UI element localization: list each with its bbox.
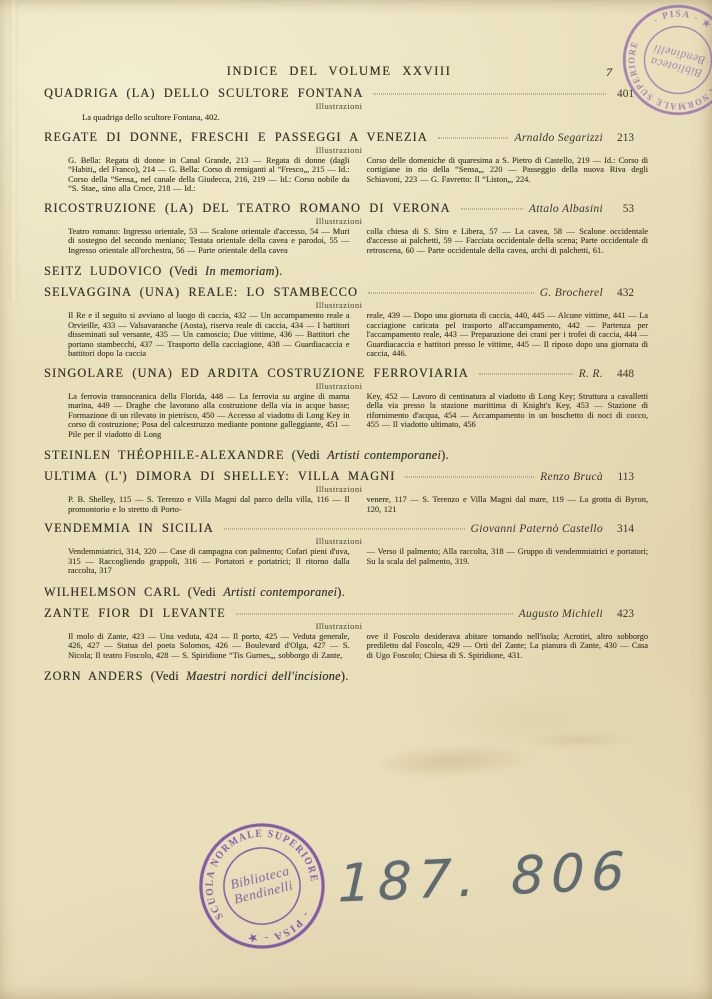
entry-title-row: ULTIMA (L') DIMORA DI SHELLEY: VILLA MAG…: [44, 469, 634, 484]
right-column: Key, 452 — Lavoro di centinatura al viad…: [367, 392, 649, 440]
entry-illustration-list: Vendemmiatrici, 314, 320 — Case di campa…: [68, 547, 648, 576]
entry-page-number: 113: [612, 470, 634, 484]
handwritten-shelfmark: 187. 806: [337, 842, 632, 915]
svg-text:- PISA - ★: - PISA - ★: [651, 6, 712, 32]
dotted-leader: [368, 293, 534, 294]
right-column: reale, 439 — Dopo una giornata di caccia…: [367, 311, 649, 359]
see-reference: Artisti contemporanei: [327, 448, 441, 462]
see-label: (Vedi: [188, 585, 216, 599]
dotted-leader: [479, 373, 573, 374]
entry-illustration-list: Il Re e il seguito si avviano al luogo d…: [68, 311, 648, 359]
entry-illustration-list: P. B. Shelley, 115 — S. Terenzo e Villa …: [68, 495, 648, 514]
entry-author: G. Brocherel: [540, 286, 603, 300]
dotted-leader: [236, 613, 513, 614]
entry-title: SEITZ LUDOVICO: [44, 264, 162, 278]
right-column: colla chiesa di S. Siro e Libera, 57 — L…: [367, 227, 649, 256]
see-reference: Artisti contemporanei: [223, 585, 337, 599]
svg-text:SCUOLA NORMALE SUPERIORE: SCUOLA NORMALE SUPERIORE: [187, 811, 323, 923]
left-column: Vendemmiatrici, 314, 320 — Case di campa…: [68, 547, 350, 576]
entry-author: Renzo Brucà: [540, 470, 603, 484]
left-column: La ferrovia transoceanica della Florida,…: [68, 392, 350, 440]
entry-title: ZORN ANDERS: [44, 669, 143, 683]
entry-title: QUADRIGA (LA) DELLO SCULTORE FONTANA: [44, 86, 363, 100]
right-column: — Verso il palmento; Alla raccolta, 318 …: [367, 547, 649, 576]
left-column: P. B. Shelley, 115 — S. Terenzo e Villa …: [68, 495, 350, 514]
entry-author: Arnaldo Segarizzi: [514, 131, 603, 145]
right-column: Corso delle domeniche di quaresima a S. …: [367, 156, 649, 194]
cross-reference-entry: WILHELMSON CARL (Vedi Artisti contempora…: [44, 585, 648, 599]
stamp-arc-top-text: SCUOLA NORMALE SUPERIORE: [622, 39, 712, 116]
entry-author: R. R.: [579, 367, 603, 381]
entry-title: REGATE DI DONNE, FRESCHI E PASSEGGI A VE…: [44, 130, 428, 144]
entry-title: STEINLEN THÉOPHILE-ALEXANDRE: [44, 448, 284, 462]
entry-page-number: 213: [612, 131, 634, 145]
stamp-center-line1: Biblioteca: [649, 54, 704, 79]
see-label: (Vedi: [169, 264, 197, 278]
paper-stain: [377, 740, 539, 782]
entry-page-number: 423: [612, 607, 634, 621]
page-title: INDICE DEL VOLUME XXVIII: [227, 64, 452, 78]
entry-illustration-list: Teatro romano: Ingresso orientale, 53 — …: [68, 227, 648, 256]
entry-title: SELVAGGINA (UNA) REALE: LO STAMBECCO: [44, 285, 358, 299]
see-close: ).: [275, 264, 283, 278]
svg-text:SCUOLA NORMALE SUPERIORE: SCUOLA NORMALE SUPERIORE: [622, 39, 712, 116]
dotted-leader: [224, 529, 465, 530]
entry-title-row: VENDEMMIA IN SICILIA Giovanni Paternò Ca…: [44, 521, 634, 536]
illustrations-label: Illustrazioni: [44, 301, 634, 310]
entry-author: Giovanni Paternò Castello: [471, 522, 603, 536]
cross-reference-entry: ZORN ANDERS (Vedi Maestri nordici dell'i…: [44, 669, 648, 683]
stamp-arc-top-text: SCUOLA NORMALE SUPERIORE: [187, 811, 323, 923]
see-label: (Vedi: [292, 448, 320, 462]
entry-title: WILHELMSON CARL: [44, 585, 181, 599]
illustrations-label: Illustrazioni: [44, 146, 634, 155]
illustrations-label: Illustrazioni: [44, 537, 634, 546]
dotted-leader: [438, 137, 509, 138]
page-number: 7: [606, 65, 612, 80]
entry-title-row: SINGOLARE (UNA) ED ARDITA COSTRUZIONE FE…: [44, 366, 634, 381]
entry-title-row: ZANTE FIOR DI LEVANTE Augusto Michieli 4…: [44, 606, 634, 621]
right-column: venere, 117 — S. Terenzo e Villa Magni d…: [367, 495, 649, 514]
stamp-inner-ring: [213, 837, 311, 935]
entry-page-number: 314: [612, 522, 634, 536]
entry-illustration-list: La ferrovia transoceanica della Florida,…: [68, 392, 648, 440]
see-reference: Maestri nordici dell'incisione: [186, 669, 341, 683]
entry-title-row: SELVAGGINA (UNA) REALE: LO STAMBECCO G. …: [44, 285, 634, 300]
stamp-outer-ring: [183, 807, 341, 965]
illustrations-label: Illustrazioni: [44, 217, 634, 226]
entry-title-row: RICOSTRUZIONE (LA) DEL TEATRO ROMANO DI …: [44, 201, 634, 216]
library-stamp: SCUOLA NORMALE SUPERIORE - PISA - ★ Bibl…: [165, 789, 359, 983]
see-reference: In memoriam: [205, 264, 275, 278]
dotted-leader: [461, 208, 523, 209]
entry-title: VENDEMMIA IN SICILIA: [44, 521, 214, 535]
see-close: ).: [337, 585, 345, 599]
entry-illustration-list: G. Bella: Regata di donne in Canal Grand…: [68, 156, 648, 194]
entry-page-number: 432: [612, 286, 634, 300]
stamp-center-line2: Bendinelli: [232, 877, 294, 906]
svg-text:- PISA - ★: - PISA - ★: [242, 907, 317, 953]
stamp-arc-bottom-text: - PISA - ★: [651, 6, 712, 32]
see-close: ).: [441, 448, 449, 462]
see-close: ).: [341, 669, 349, 683]
entry-illustration-list: La quadriga dello scultore Fontana, 402.: [82, 113, 648, 123]
entry-title: SINGOLARE (UNA) ED ARDITA COSTRUZIONE FE…: [44, 366, 469, 380]
entry-page-number: 53: [612, 202, 634, 216]
left-column: Il molo di Zante, 423 — Una veduta, 424 …: [68, 632, 350, 661]
stamp-inner-ring: [641, 23, 712, 98]
left-column: Il Re e il seguito si avviano al luogo d…: [68, 311, 350, 359]
cross-reference-entry: SEITZ LUDOVICO (Vedi In memoriam).: [44, 264, 648, 278]
entry-author: Attalo Albasini: [529, 202, 603, 216]
entry-title-row: REGATE DI DONNE, FRESCHI E PASSEGGI A VE…: [44, 130, 634, 145]
paper-crease: [10, 0, 17, 300]
cross-reference-entry: STEINLEN THÉOPHILE-ALEXANDRE (Vedi Artis…: [44, 448, 648, 462]
stamp-arc-bottom-text: - PISA - ★: [242, 907, 317, 953]
illustrations-label: Illustrazioni: [44, 622, 634, 631]
scanned-index-page: INDICE DEL VOLUME XXVIII 7 QUADRIGA (LA)…: [0, 0, 712, 999]
entry-title: ZANTE FIOR DI LEVANTE: [44, 606, 226, 620]
stamp-center-line2: Bendinelli: [652, 42, 707, 67]
page-header: INDICE DEL VOLUME XXVIII 7: [44, 64, 634, 79]
entry-author: Augusto Michieli: [519, 607, 603, 621]
entry-title: ULTIMA (L') DIMORA DI SHELLEY: VILLA MAG…: [44, 469, 395, 483]
illustrations-label: Illustrazioni: [44, 102, 634, 111]
dotted-leader: [405, 477, 534, 478]
entry-title-row: QUADRIGA (LA) DELLO SCULTORE FONTANA 401: [44, 86, 634, 101]
right-column: ove il Foscolo desiderava abitare tornan…: [367, 632, 649, 661]
illustrations-label: Illustrazioni: [44, 485, 634, 494]
illustrations-label: Illustrazioni: [44, 382, 634, 391]
left-column: G. Bella: Regata di donne in Canal Grand…: [68, 156, 350, 194]
entry-title: RICOSTRUZIONE (LA) DEL TEATRO ROMANO DI …: [44, 201, 451, 215]
stamp-center-line1: Biblioteca: [229, 863, 291, 892]
see-label: (Vedi: [151, 669, 179, 683]
dotted-leader: [373, 94, 606, 95]
entry-page-number: 401: [612, 87, 634, 101]
left-column: Teatro romano: Ingresso orientale, 53 — …: [68, 227, 350, 256]
entry-page-number: 448: [612, 367, 634, 381]
entry-illustration-list: Il molo di Zante, 423 — Una veduta, 424 …: [68, 632, 648, 661]
